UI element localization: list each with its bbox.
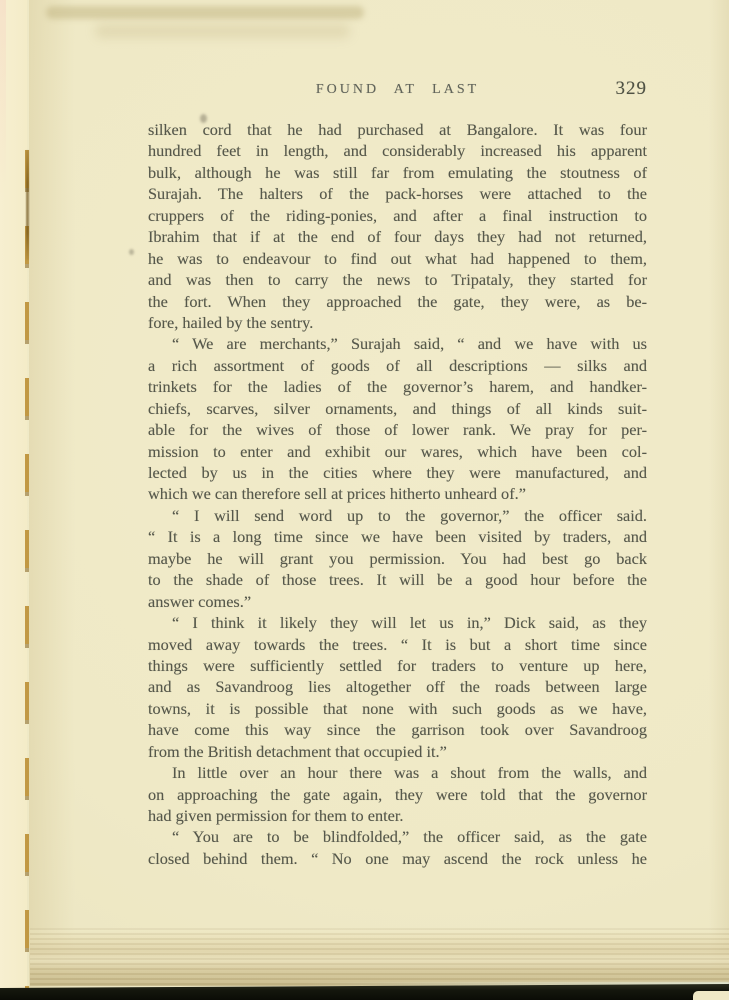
- text-line: have come this way since the garrison to…: [148, 719, 647, 740]
- text-line: In little over an hour there was a shout…: [148, 762, 647, 783]
- text-line: mission to enter and exhibit our wares, …: [148, 441, 647, 462]
- text-line: the fort. When they approached the gate,…: [148, 291, 647, 312]
- text-line: which we can therefore sell at prices hi…: [148, 483, 647, 504]
- text-line: from the British detachment that occupie…: [148, 741, 647, 762]
- binding-stitch-line: [25, 140, 29, 998]
- gutter-shadow: [29, 0, 75, 1000]
- page-header: FOUND AT LAST 329: [148, 82, 647, 106]
- text-line: a rich assortment of goods of all descri…: [148, 355, 647, 376]
- text-line: to the shade of those trees. It will be …: [148, 569, 647, 590]
- text-line: answer comes.”: [148, 591, 647, 612]
- text-line: trinkets for the ladies of the governor’…: [148, 376, 647, 397]
- text-line: and as Savandroog lies altogether off th…: [148, 676, 647, 697]
- foxing-speck: [129, 249, 134, 255]
- text-line: had given permission for them to enter.: [148, 805, 647, 826]
- paragraph: “ I will send word up to the governor,” …: [148, 505, 647, 612]
- paragraph: “ You are to be blindfolded,” the office…: [148, 826, 647, 869]
- text-line: on approaching the gate again, they were…: [148, 784, 647, 805]
- text-line: things were sufficiently settled for tra…: [148, 655, 647, 676]
- text-line: cruppers of the riding-ponies, and after…: [148, 205, 647, 226]
- text-line: and was then to carry the news to Tripat…: [148, 269, 647, 290]
- text-line: “ It is a long time since we have been v…: [148, 526, 647, 547]
- corner-notch: [693, 991, 729, 1000]
- text-line: silken cord that he had purchased at Ban…: [148, 119, 647, 140]
- page-edge-stack: [30, 928, 729, 986]
- text-line: chiefs, scarves, silver ornaments, and t…: [148, 398, 647, 419]
- text-line: hundred feet in length, and considerably…: [148, 140, 647, 161]
- text-line: moved away towards the trees. “ It is bu…: [148, 634, 647, 655]
- book-cover-edge: [0, 984, 729, 1000]
- paragraph: “ I think it likely they will let us in,…: [148, 612, 647, 762]
- text-line: Ibrahim that if at the end of four days …: [148, 226, 647, 247]
- text-line: maybe he will grant you permission. You …: [148, 548, 647, 569]
- running-title: FOUND AT LAST: [148, 82, 647, 98]
- text-line: Surajah. The halters of the pack-horses …: [148, 183, 647, 204]
- text-line: “ I will send word up to the governor,” …: [148, 505, 647, 526]
- top-edge-smudge-faint: [95, 24, 350, 38]
- text-line: lected by us in the cities where they we…: [148, 462, 647, 483]
- text-line: able for the wives of those of lower ran…: [148, 419, 647, 440]
- binding-stitch-segment: [26, 150, 29, 260]
- paragraph: “ We are merchants,” Surajah said, “ and…: [148, 333, 647, 505]
- text-line: “ You are to be blindfolded,” the office…: [148, 826, 647, 847]
- text-line: “ We are merchants,” Surajah said, “ and…: [148, 333, 647, 354]
- text-block: silken cord that he had purchased at Ban…: [148, 119, 647, 869]
- text-line: fore, hailed by the sentry.: [148, 312, 647, 333]
- book-gutter-strip: [0, 0, 27, 1000]
- text-line: towns, it is possible that none with suc…: [148, 698, 647, 719]
- text-line: “ I think it likely they will let us in,…: [148, 612, 647, 633]
- book-page-scan: FOUND AT LAST 329 silken cord that he ha…: [0, 0, 729, 1000]
- text-line: bulk, although he was still far from emu…: [148, 162, 647, 183]
- top-edge-smudge: [46, 6, 364, 19]
- page-number: 329: [616, 78, 648, 100]
- paragraph: silken cord that he had purchased at Ban…: [148, 119, 647, 333]
- foxing-speck: [200, 114, 207, 123]
- text-line: closed behind them. “ No one may ascend …: [148, 848, 647, 869]
- right-edge-shadow: [709, 0, 729, 1000]
- paragraph: In little over an hour there was a shout…: [148, 762, 647, 826]
- text-line: he was to endeavour to find out what had…: [148, 248, 647, 269]
